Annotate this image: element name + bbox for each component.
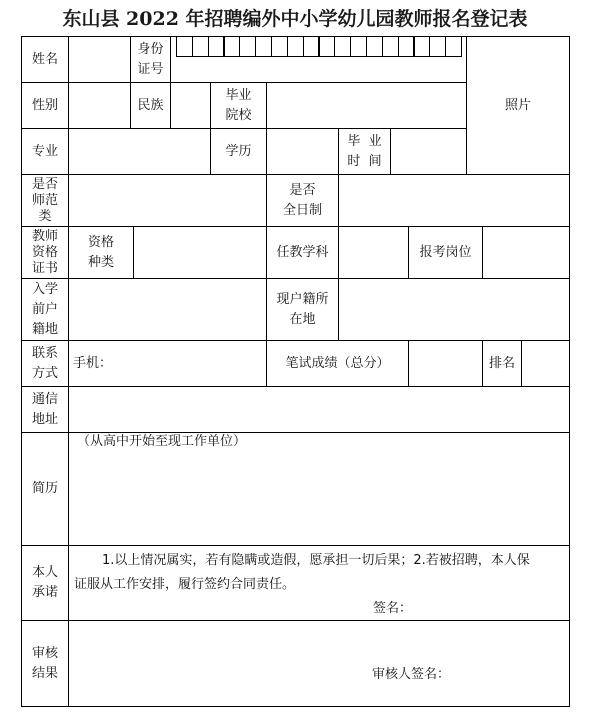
grad-time-field[interactable] — [390, 128, 467, 175]
address-field[interactable] — [68, 386, 570, 433]
review-label-line1: 审核 — [32, 644, 58, 664]
current-hukou-label: 现户籍所 在地 — [266, 278, 339, 341]
grad-time-label-line2: 时 间 — [347, 152, 381, 172]
id-digit-box[interactable] — [255, 36, 272, 57]
full-time-label: 是否 全日制 — [266, 174, 339, 227]
gender-field[interactable] — [68, 82, 131, 129]
photo-area[interactable]: 照片 — [466, 36, 570, 175]
review-label-line2: 结果 — [32, 664, 58, 684]
id-digit-box[interactable] — [382, 36, 399, 57]
phone-label: 手机： — [73, 354, 112, 374]
school-label-line1: 毕业 — [225, 86, 251, 106]
prev-hukou-label: 入学 前户 籍地 — [21, 278, 69, 341]
pledge-text-line1: 1.以上情况属实，若有隐瞒或造假，愿承担一切后果；2.若被招聘，本人保 — [102, 551, 530, 571]
resume-field[interactable]: （从高中开始至现工作单位） — [68, 432, 570, 546]
cert-type-label-line1: 资格 — [88, 233, 114, 253]
education-label: 学历 — [210, 128, 267, 175]
id-digit-box[interactable] — [239, 36, 256, 57]
full-time-field[interactable] — [338, 174, 570, 227]
id-digit-box[interactable] — [208, 36, 225, 57]
contact-label-line2: 方式 — [32, 364, 58, 384]
id-digit-box[interactable] — [192, 36, 209, 57]
subject-field[interactable] — [338, 226, 409, 279]
cert-type-label-line2: 种类 — [88, 253, 114, 273]
grad-time-label-line1: 毕 业 — [347, 132, 381, 152]
teacher-cert-label: 教师 资格 证书 — [21, 226, 69, 279]
education-field[interactable] — [266, 128, 339, 175]
id-digit-box[interactable] — [350, 36, 367, 57]
review-label: 审核 结果 — [21, 620, 69, 707]
cert-type-label: 资格 种类 — [68, 226, 134, 279]
ethnicity-label: 民族 — [130, 82, 171, 129]
id-digit-box[interactable] — [303, 36, 320, 57]
id-number-label: 身份 证号 — [130, 36, 171, 83]
pledge-text-line2: 证服从工作安排，履行签约合同责任。 — [74, 575, 295, 595]
prev-hukou-label-line1: 入学 — [32, 280, 58, 300]
score-label-text: 笔试成绩（总分） — [285, 354, 389, 374]
written-score-label: 笔试成绩（总分） — [266, 340, 409, 387]
pledge-label-line1: 本人 — [32, 563, 58, 583]
current-hukou-field[interactable] — [338, 278, 570, 341]
major-label: 专业 — [21, 128, 69, 175]
resume-label: 简历 — [21, 432, 69, 546]
education-label-text: 学历 — [225, 142, 251, 162]
subject-label-text: 任教学科 — [276, 243, 328, 263]
prev-hukou-label-line3: 籍地 — [32, 320, 58, 340]
address-label: 通信 地址 — [21, 386, 69, 433]
cur-hukou-label-line1: 现户籍所 — [276, 290, 328, 310]
ethnicity-field[interactable] — [170, 82, 211, 129]
phone-field[interactable]: 手机： — [68, 340, 267, 387]
id-digit-box[interactable] — [429, 36, 446, 57]
cert-label-line2: 资格 — [32, 245, 58, 261]
gender-label: 性别 — [21, 82, 69, 129]
address-label-line2: 地址 — [32, 410, 58, 430]
contact-label: 联系 方式 — [21, 340, 69, 387]
cur-hukou-label-line2: 在地 — [289, 310, 315, 330]
id-digit-box[interactable] — [224, 36, 241, 57]
rank-label-text: 排名 — [489, 354, 515, 374]
pledge-label: 本人 承诺 — [21, 545, 69, 621]
normal-school-field[interactable] — [68, 174, 267, 227]
rank-label: 排名 — [482, 340, 522, 387]
id-digit-box[interactable] — [176, 36, 193, 57]
form-title: 东山县 2022 年招聘编外中小学幼儿园教师报名登记表 — [0, 4, 590, 31]
full-time-label-line2: 全日制 — [283, 201, 322, 221]
review-field[interactable] — [68, 620, 570, 707]
school-field[interactable] — [266, 82, 467, 129]
id-digit-box[interactable] — [334, 36, 351, 57]
position-field[interactable] — [482, 226, 570, 279]
position-label-text: 报考岗位 — [419, 243, 471, 263]
major-field[interactable] — [68, 128, 211, 175]
full-time-label-line1: 是否 — [289, 181, 315, 201]
pledge-label-line2: 承诺 — [32, 583, 58, 603]
id-digit-box[interactable] — [366, 36, 383, 57]
id-digit-box[interactable] — [319, 36, 336, 57]
resume-label-text: 简历 — [32, 479, 58, 499]
cert-label-line3: 证书 — [32, 261, 58, 277]
written-score-field[interactable] — [408, 340, 483, 387]
pledge-signature-label: 签名： — [373, 599, 412, 619]
name-field[interactable] — [68, 36, 131, 83]
school-label: 毕业 院校 — [210, 82, 267, 129]
prev-hukou-field[interactable] — [68, 278, 267, 341]
prev-hukou-label-line2: 前户 — [32, 300, 58, 320]
cert-label-line1: 教师 — [32, 229, 58, 245]
resume-hint: （从高中开始至现工作单位） — [77, 432, 246, 452]
gender-label-text: 性别 — [32, 96, 58, 116]
ethnicity-label-text: 民族 — [137, 96, 163, 116]
normal-label-line3: 类 — [38, 209, 51, 225]
position-label: 报考岗位 — [408, 226, 483, 279]
id-digit-box[interactable] — [414, 36, 431, 57]
address-label-line1: 通信 — [32, 390, 58, 410]
normal-label-line2: 师范 — [32, 193, 58, 209]
subject-label: 任教学科 — [266, 226, 339, 279]
id-digit-box[interactable] — [445, 36, 462, 57]
rank-field[interactable] — [521, 340, 570, 387]
name-label: 姓名 — [21, 36, 69, 83]
cert-type-field[interactable] — [133, 226, 267, 279]
major-label-text: 专业 — [32, 142, 58, 162]
photo-label: 照片 — [505, 96, 531, 116]
reviewer-signature-label: 审核人签名： — [372, 665, 450, 685]
contact-label-line1: 联系 — [32, 344, 58, 364]
school-label-line2: 院校 — [225, 106, 251, 126]
normal-school-label: 是否 师范 类 — [21, 174, 69, 227]
normal-label-line1: 是否 — [32, 177, 58, 193]
id-label-line2: 证号 — [137, 62, 163, 78]
name-label-text: 姓名 — [32, 50, 58, 70]
id-digit-box[interactable] — [271, 36, 288, 57]
id-label-line1: 身份 — [137, 42, 163, 58]
id-digit-box[interactable] — [398, 36, 415, 57]
id-digit-box[interactable] — [287, 36, 304, 57]
grad-time-label: 毕 业 时 间 — [338, 128, 391, 175]
